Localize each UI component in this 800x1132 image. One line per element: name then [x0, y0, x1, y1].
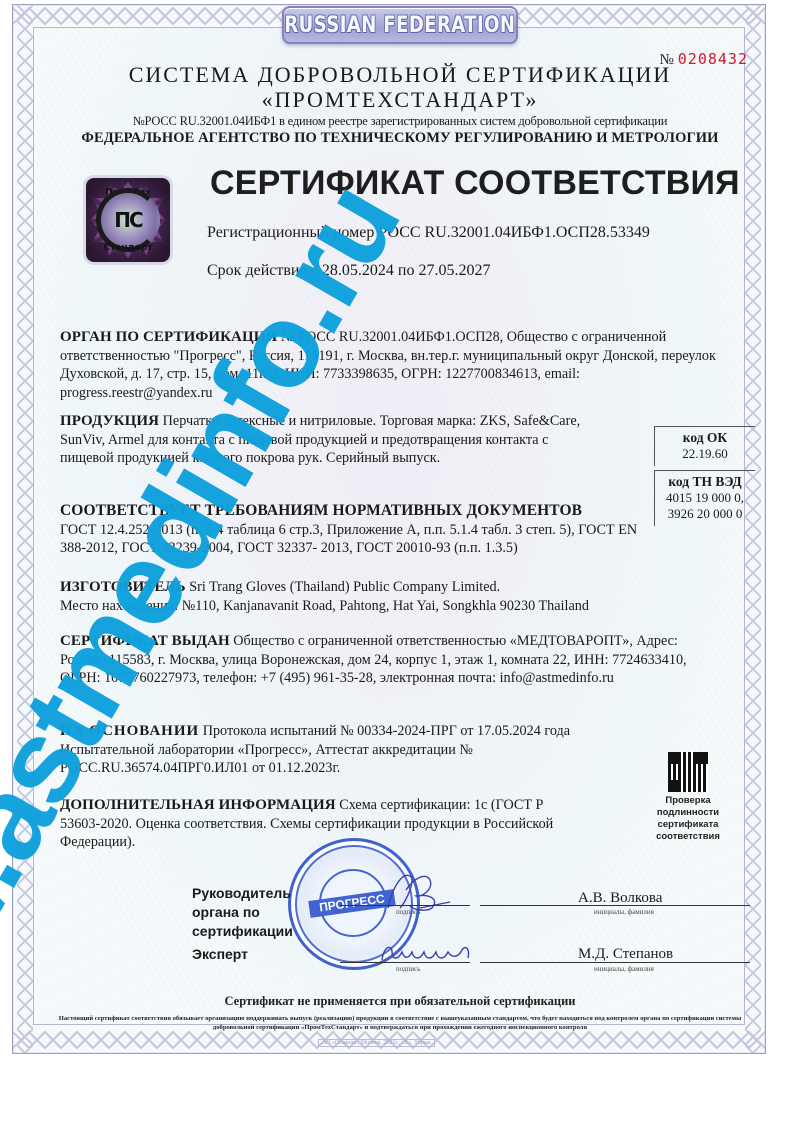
country-badge: RUSSIAN FEDERATION	[282, 6, 518, 44]
expert-label: Эксперт	[192, 945, 248, 964]
expert-sign-caption: подпись	[396, 965, 420, 973]
section-manufacturer: ИЗГОТОВИТЕЛЬ Sri Trang Gloves (Thailand)…	[60, 578, 700, 615]
head-sign-line	[340, 905, 470, 906]
system-title: СИСТЕМА ДОБРОВОЛЬНОЙ СЕРТИФИКАЦИИ «ПРОМТ…	[0, 62, 800, 112]
validity-period: Срок действия с 28.05.2024 по 27.05.2027	[207, 262, 490, 280]
expert-sign-line	[340, 962, 470, 963]
section-compliance: СООТВЕТСТВУЕТ ТРЕБОВАНИЯМ НОРМАТИВНЫХ ДО…	[60, 502, 660, 558]
disclaimer: Сертификат не применяется при обязательн…	[0, 994, 800, 1009]
print-mark: АО «Опцион», Москва, 2021г., «Б», Тираж	[318, 1039, 435, 1047]
section-additional-info: ДОПОЛНИТЕЛЬНАЯ ИНФОРМАЦИЯ Схема сертифик…	[60, 796, 580, 852]
okpd-code-box: код ОК 22.19.60	[654, 426, 755, 466]
agency-name: ФЕДЕРАЛЬНОЕ АГЕНТСТВО ПО ТЕХНИЧЕСКОМУ РЕ…	[0, 130, 800, 147]
registration-number: Регистрационный номер РОСС RU.32001.04ИБ…	[207, 224, 650, 242]
expert-name-caption: инициалы, фамилия	[594, 965, 654, 973]
head-sign-caption: подпись	[396, 908, 420, 916]
qr-code-icon[interactable]	[668, 752, 708, 792]
certificate-title: СЕРТИФИКАТ СООТВЕТСТВИЯ	[210, 164, 740, 203]
guilloche-border-left	[17, 5, 33, 1053]
expert-signature-icon	[378, 938, 478, 968]
section-product: ПРОДУКЦИЯ Перчатки латексные и нитриловы…	[60, 412, 585, 468]
registry-line: №РОСС RU.32001.04ИБФ1 в едином реестре з…	[0, 114, 800, 129]
guilloche-border-right	[745, 5, 761, 1053]
section-basis: НА ОСНОВАНИИ Протокола испытаний № 00334…	[60, 722, 620, 778]
section-certification-body: ОРГАН ПО СЕРТИФИКАЦИИ № РОСС RU.32001.04…	[60, 328, 720, 402]
section-issued-to: СЕРТИФИКАТ ВЫДАН Общество с ограниченной…	[60, 632, 700, 688]
expert-name: М.Д. Степанов	[578, 946, 673, 963]
tnved-code-box: код ТН ВЭД 4015 19 000 0, 3926 20 000 0	[654, 470, 755, 526]
promtekhstandart-logo-icon: ПромТех ПС Стандарт	[86, 178, 170, 262]
qr-caption: Проверка подлинности сертификата соответ…	[646, 795, 730, 843]
head-name: А.В. Волкова	[578, 890, 662, 907]
fine-print: Настоящий сертификат соответствия обязыв…	[40, 1014, 760, 1032]
head-of-body-label: Руководитель органа по сертификации	[192, 884, 332, 941]
head-name-caption: инициалы, фамилия	[594, 908, 654, 916]
